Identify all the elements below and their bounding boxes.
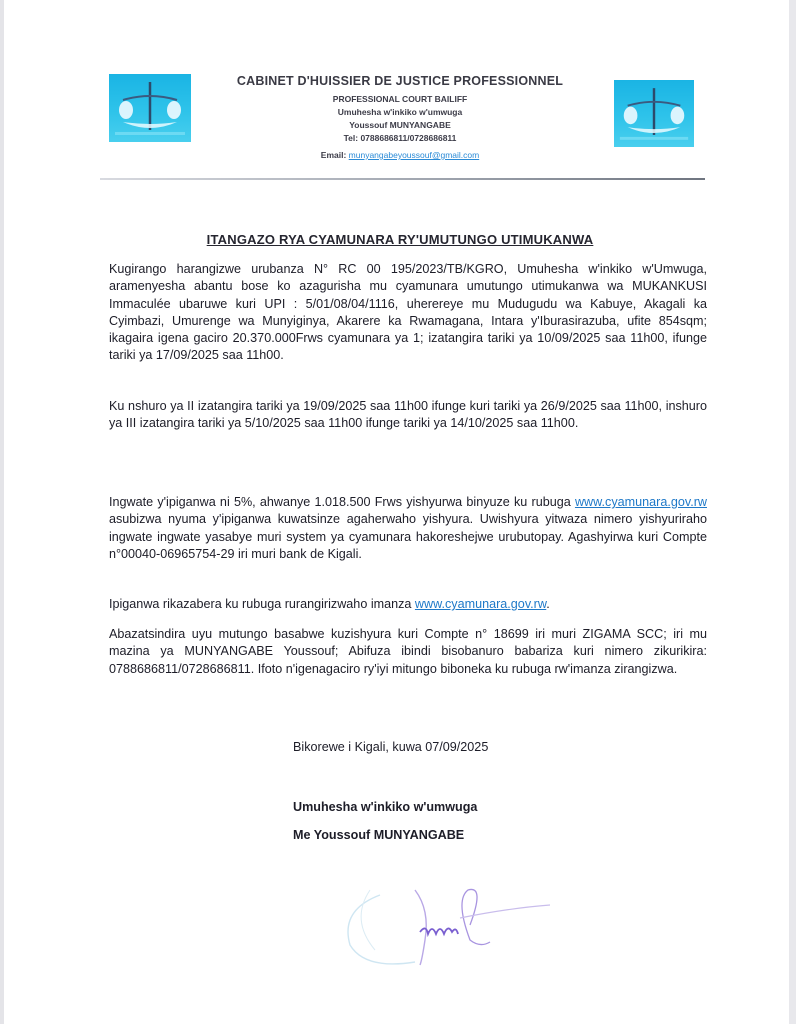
cyamunara-link[interactable]: www.cyamunara.gov.rw bbox=[575, 495, 707, 509]
phone-label: Tel: bbox=[344, 133, 358, 143]
deposit-text-end: asubizwa nyuma y'ipiganwa kuwatsinze aga… bbox=[109, 512, 707, 561]
paragraph-auction-rounds: Ku nshuro ya II izatangira tariki ya 19/… bbox=[109, 398, 707, 433]
letterhead-name: Youssouf MUNYANGABE bbox=[200, 119, 600, 132]
paragraph-payment-contacts: Abazatsindira uyu mutungo basabwe kuzish… bbox=[109, 626, 707, 678]
paragraph-auction-details: Kugirango harangizwe urubanza N° RC 00 1… bbox=[109, 261, 707, 365]
deposit-text-start: Ingwate y'ipiganwa ni 5%, ahwanye 1.018.… bbox=[109, 495, 575, 509]
place-and-date: Bikorewe i Kigali, kuwa 07/09/2025 bbox=[293, 740, 488, 754]
venue-text-end: . bbox=[546, 597, 550, 611]
paragraph-deposit: Ingwate y'ipiganwa ni 5%, ahwanye 1.018.… bbox=[109, 494, 707, 563]
letterhead-title: CABINET D'HUISSIER DE JUSTICE PROFESSION… bbox=[190, 74, 610, 88]
email-link[interactable]: munyangabeyoussouf@gmail.com bbox=[349, 150, 480, 160]
letterhead-subtitle: PROFESSIONAL COURT BAILIFF bbox=[200, 93, 600, 106]
page-edge-left bbox=[0, 0, 4, 1024]
handwritten-signature bbox=[320, 870, 560, 980]
signer-name: Me Youssouf MUNYANGABE bbox=[293, 828, 464, 842]
scales-of-justice-logo-left bbox=[109, 74, 191, 142]
letterhead-email: Email: munyangabeyoussouf@gmail.com bbox=[200, 149, 600, 162]
signer-role: Umuhesha w'inkiko w'umwuga bbox=[293, 800, 477, 814]
cyamunara-venue-link[interactable]: www.cyamunara.gov.rw bbox=[415, 597, 546, 611]
letterhead-role: Umuhesha w'inkiko w'umwuga bbox=[200, 106, 600, 119]
scales-icon bbox=[614, 80, 694, 147]
email-label: Email: bbox=[321, 150, 347, 160]
document-title: ITANGAZO RYA CYAMUNARA RY'UMUTUNGO UTIMU… bbox=[160, 232, 640, 247]
scales-of-justice-logo-right bbox=[614, 80, 694, 147]
page-edge-right bbox=[789, 0, 796, 1024]
letterhead-phone: Tel: 0788686811/0728686811 bbox=[200, 132, 600, 145]
venue-text: Ipiganwa rikazabera ku rubuga rurangiriz… bbox=[109, 597, 415, 611]
letterhead-divider bbox=[100, 178, 705, 180]
paragraph-auction-venue: Ipiganwa rikazabera ku rubuga rurangiriz… bbox=[109, 596, 707, 613]
phone-number: 0788686811/0728686811 bbox=[360, 133, 456, 143]
scales-icon bbox=[109, 74, 191, 142]
